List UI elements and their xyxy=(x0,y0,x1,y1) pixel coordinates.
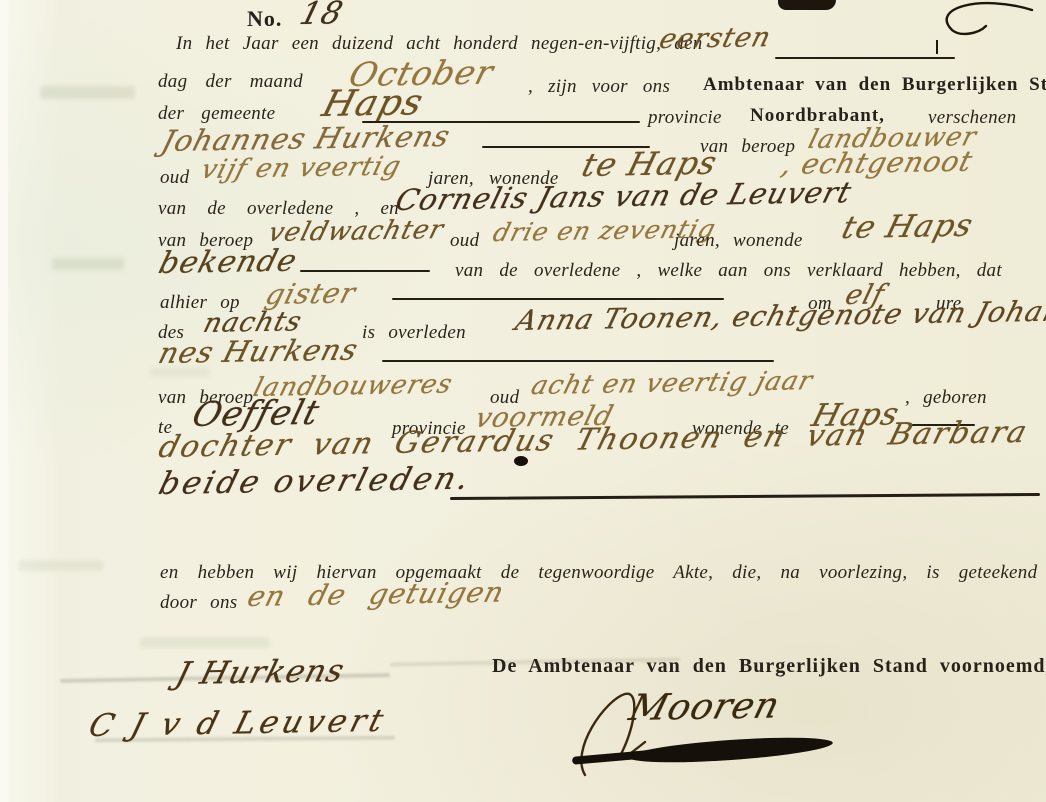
form-text-province: provincie xyxy=(648,107,722,129)
fill-rule xyxy=(775,57,955,59)
entry-declarant2-name: Cornelis Jans van de Leuvert xyxy=(392,175,856,217)
form-text-age2: oud xyxy=(450,230,479,252)
form-text-official-title: De Ambtenaar van den Burgerlijken Stand … xyxy=(492,655,1046,678)
signature-flourish xyxy=(565,680,845,780)
fill-rule xyxy=(450,493,1040,500)
bleedthrough-smudge xyxy=(52,258,124,270)
form-text-born: , geboren xyxy=(905,387,987,409)
form-text-by-us: door ons xyxy=(160,592,237,614)
entry-day: eersten xyxy=(656,22,775,55)
entry-deceased-name: Anna Toonen, echtgenote van Johan, xyxy=(512,294,1046,337)
entry-parents-deceased: beide overleden. xyxy=(155,461,476,502)
entry-declarant1-name: Johannes Hurkens xyxy=(158,119,454,158)
form-text-declared: van de overledene , welke aan ons verkla… xyxy=(455,260,1002,282)
signature-witness-1: J Hurkens xyxy=(172,653,349,692)
pen-flourish-top-right xyxy=(900,0,1040,44)
bleedthrough-smudge xyxy=(18,560,103,571)
bleedthrough-smudge xyxy=(40,86,135,99)
entry-declarant1-age: vijf en veertig xyxy=(198,152,405,185)
form-text-age1: oud xyxy=(160,167,189,189)
entry-declarant2-residence: te Haps xyxy=(838,208,977,246)
ink-mark-top-edge xyxy=(778,0,836,10)
signature-witness-2: C J v d Leuvert xyxy=(85,703,391,744)
death-certificate-scan: No. 18 In het Jaar een duizend acht hond… xyxy=(0,0,1046,802)
bleedthrough-smudge xyxy=(140,637,270,648)
pen-tick xyxy=(936,40,938,54)
form-text-year: In het Jaar een duizend acht honderd neg… xyxy=(176,33,703,55)
fill-rule xyxy=(382,360,774,362)
form-text-month: dag der maand xyxy=(158,71,303,93)
entry-declarant2-relation: bekende xyxy=(155,244,301,281)
fill-rule xyxy=(300,270,430,272)
form-text-before-us: , zijn voor ons xyxy=(528,76,670,98)
ink-speck xyxy=(514,456,528,466)
paper-edge xyxy=(0,0,8,802)
act-number-value: 18 xyxy=(296,0,347,32)
act-number-label: No. xyxy=(247,6,282,32)
form-text-has-died: is overleden xyxy=(362,322,466,344)
fill-rule xyxy=(392,298,724,300)
entry-deceased-name-continued: nes Hurkens xyxy=(155,333,362,370)
entry-and-witnesses: en de getuigen xyxy=(244,576,508,613)
form-text-registrar-title: Ambtenaar van den Burgerlijken Stand, xyxy=(703,74,1046,96)
entry-deceased-age: acht en veertig jaar xyxy=(528,366,816,401)
entry-municipality: Haps xyxy=(318,82,428,125)
form-text-residing2: jaren, wonende xyxy=(674,230,803,252)
